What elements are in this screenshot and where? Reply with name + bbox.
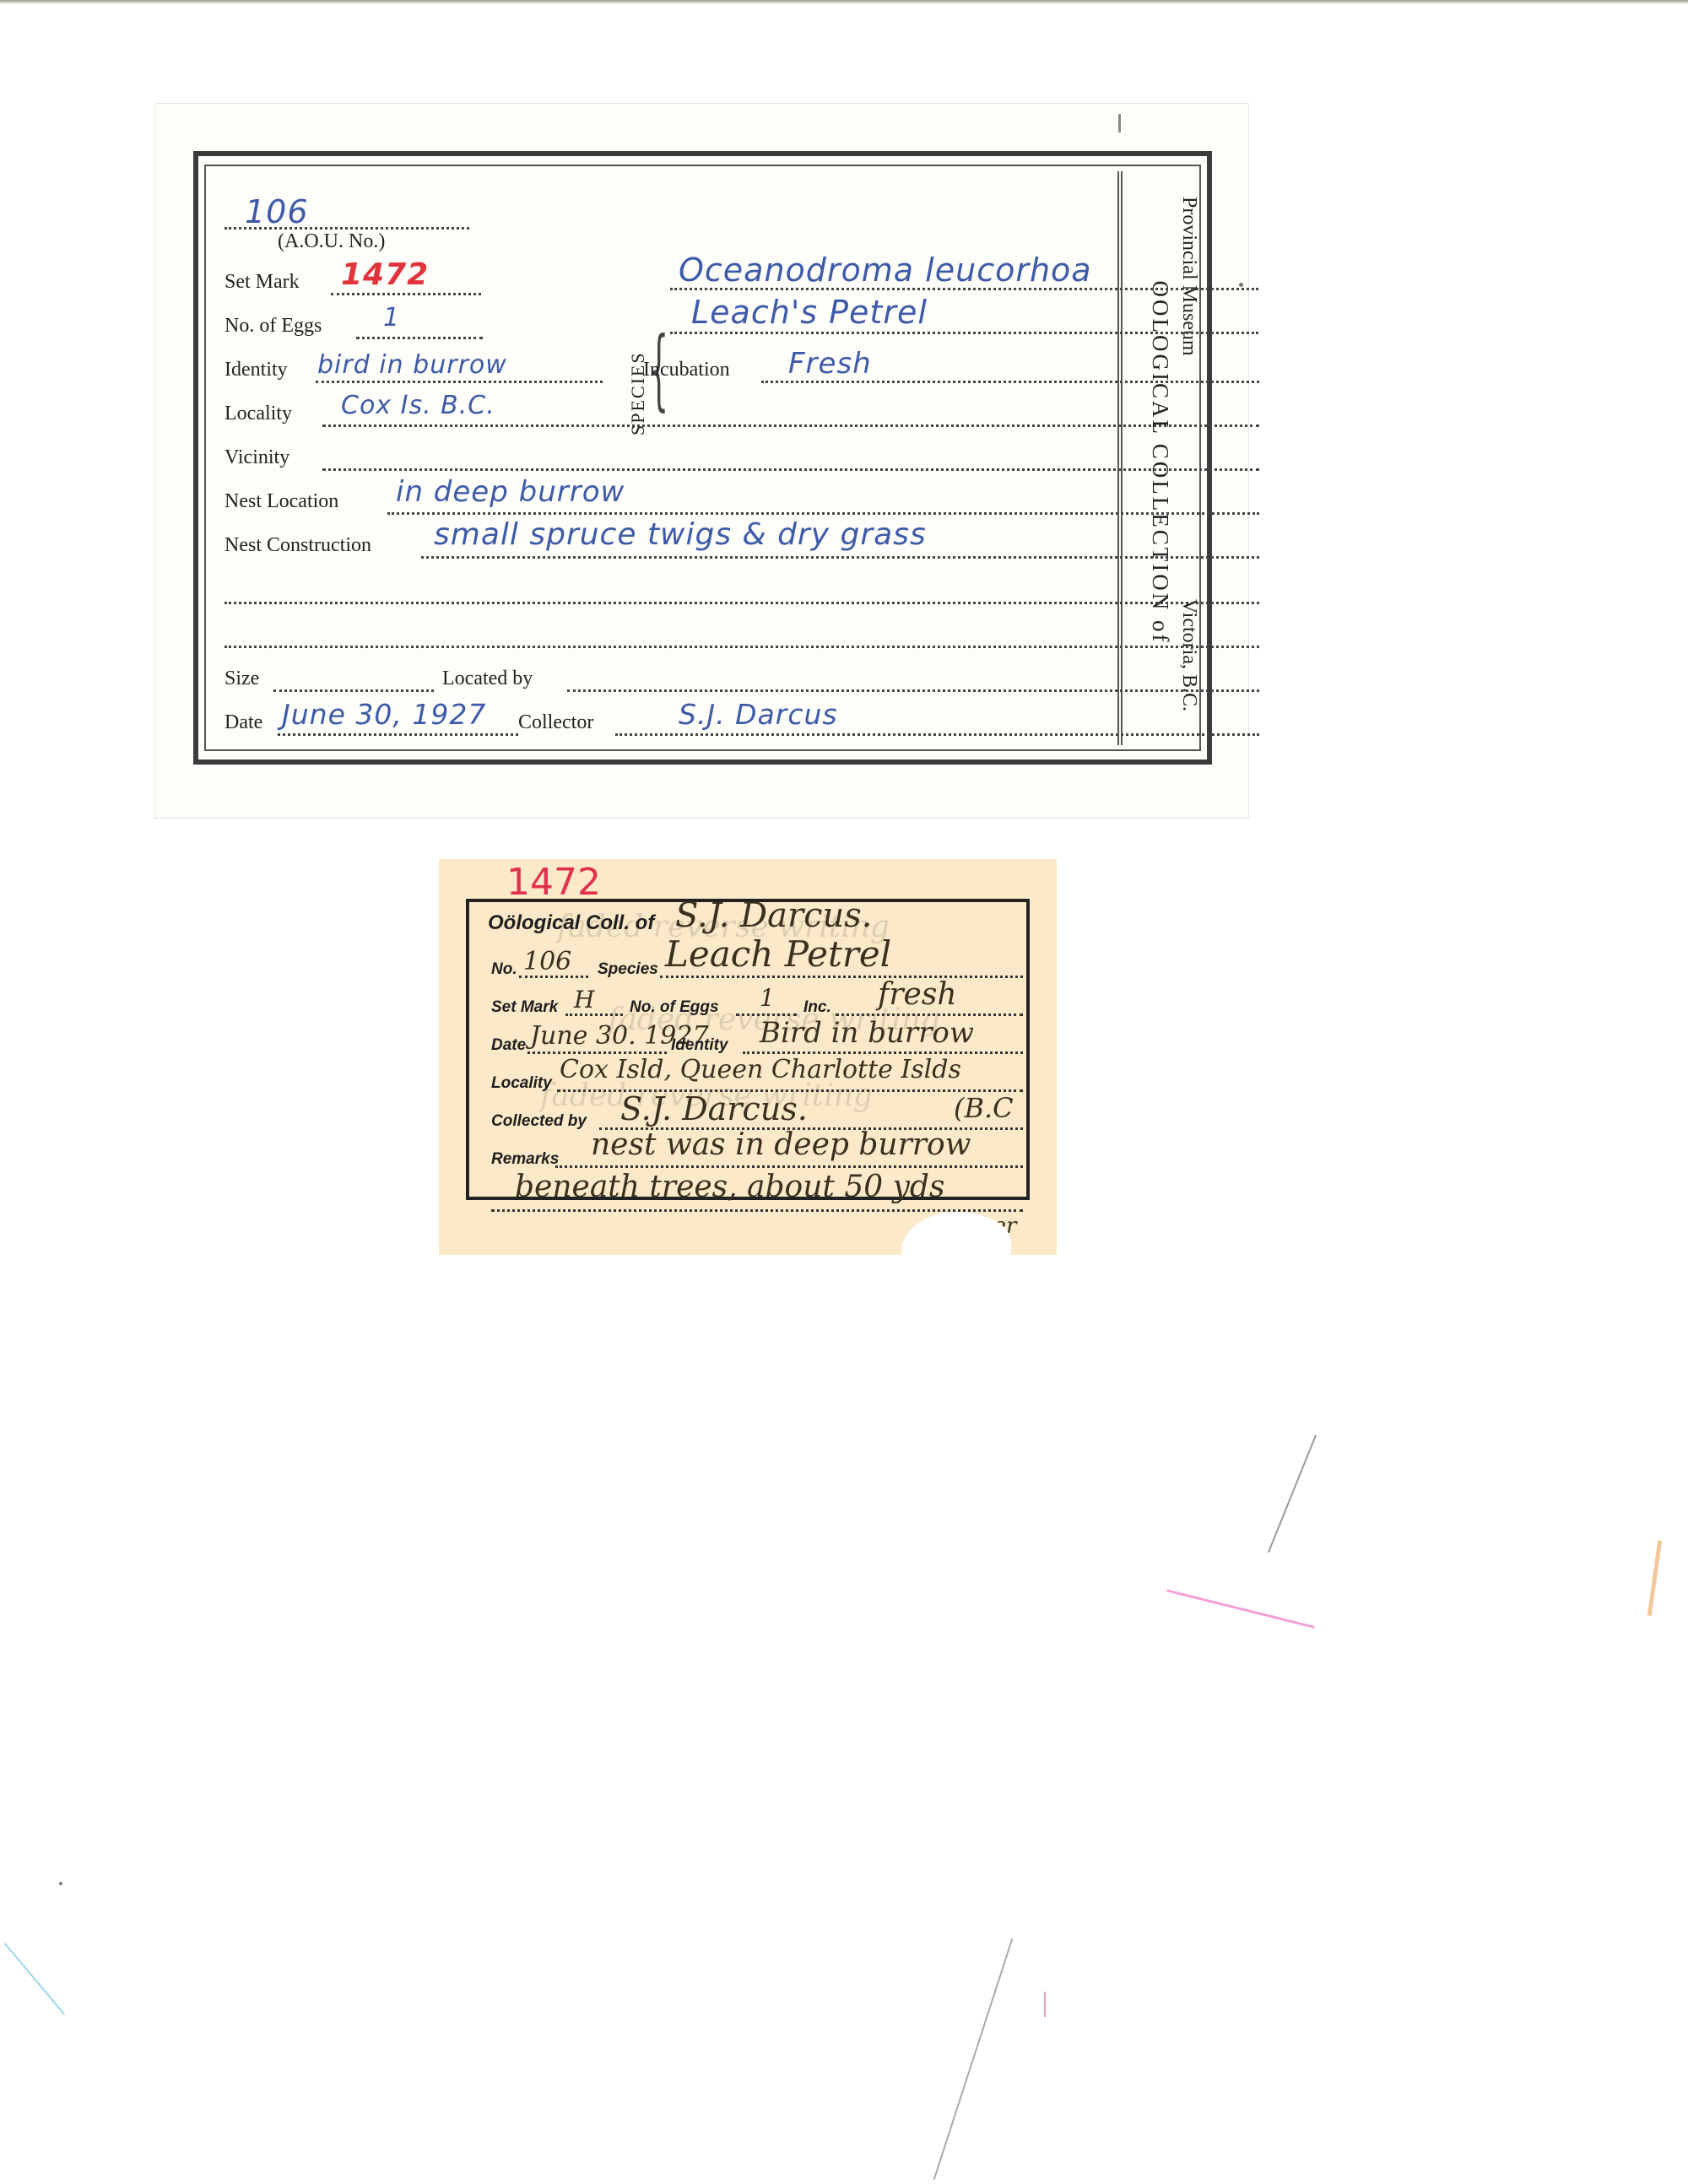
eggs-value: 1	[383, 303, 400, 332]
set-mark-label: Set Mark	[491, 998, 558, 1017]
museum-data-card: Provincial Museum Victoria, B.C. OOLOGIC…	[154, 103, 1249, 819]
inc-label: Inc.	[803, 998, 831, 1017]
locality-label: Locality	[491, 1074, 552, 1093]
nest-construction-value: small spruce twigs & dry grass	[434, 517, 927, 552]
remarks-dotline-2	[491, 1209, 1023, 1212]
collected-by-label: Collected by	[491, 1112, 587, 1131]
collector-data-card: faded reverse writing faded reverse writ…	[439, 859, 1057, 1255]
no-value: 106	[523, 947, 571, 976]
locality-value: Cox Isld, Queen Charlotte Islds	[560, 1055, 961, 1084]
collector-value: S.J. Darcus	[679, 698, 838, 731]
inc-value: fresh	[878, 977, 957, 1012]
scan-speck	[1239, 283, 1243, 287]
scan-speck	[59, 1882, 62, 1885]
collection-owner-label: Oölogical Coll. of	[488, 911, 654, 935]
scan-hairline	[4, 1943, 65, 2015]
date-label: Date	[491, 1036, 526, 1055]
red-set-number: 1472	[506, 861, 601, 904]
remarks-label: Remarks	[491, 1150, 559, 1169]
identity-value: bird in burrow	[317, 350, 507, 380]
locality-value: Cox Is. B.C.	[341, 391, 495, 420]
scan-hairline	[1166, 1589, 1314, 1628]
identity-value: Bird in burrow	[760, 1016, 974, 1050]
date-dotline	[527, 1051, 667, 1054]
size-dotline	[273, 689, 434, 692]
museum-location: Victoria, B.C.	[1177, 599, 1200, 711]
locality-dotline	[322, 424, 1259, 427]
incubation-value: Fresh	[788, 347, 872, 381]
incubation-dotline	[761, 381, 1259, 383]
located-by-label: Located by	[442, 668, 533, 690]
nest-construction-label: Nest Construction	[225, 534, 371, 557]
species-label: Species	[598, 960, 658, 979]
incubation-label: Incubation	[643, 359, 730, 381]
remarks-line2: beneath trees, about 50 yds	[515, 1170, 944, 1204]
collection-owner-value: S.J. Darcus.	[675, 896, 873, 935]
scan-hairline	[1647, 1540, 1662, 1616]
scan-edge	[0, 0, 1688, 4]
eggs-value: 1	[760, 984, 775, 1012]
set-mark-dotline	[565, 1014, 623, 1016]
collection-title: OOLOGICAL COLLECTION of	[1147, 188, 1173, 737]
eggs-label: No. of Eggs	[225, 315, 322, 338]
vicinity-label: Vicinity	[225, 446, 289, 469]
eggs-dotline	[356, 337, 483, 339]
nest-construction-dotline	[421, 556, 1259, 559]
collector-dotline	[615, 733, 1259, 736]
scan-speck	[1118, 114, 1121, 132]
date-dotline	[278, 733, 518, 736]
identity-dotline	[743, 1051, 1023, 1054]
nest-location-dotline	[387, 512, 1259, 515]
side-title-block: Provincial Museum Victoria, B.C. OOLOGIC…	[1134, 188, 1202, 737]
collected-by-extra: (B.C	[954, 1092, 1014, 1124]
remarks-line1: nest was in deep burrow	[591, 1127, 971, 1162]
blank-dotline-1	[225, 602, 1259, 604]
blank-dotline-2	[225, 646, 1259, 648]
date-label: Date	[225, 711, 262, 734]
species-dotline	[660, 976, 1023, 978]
aou-value: 106	[245, 193, 309, 230]
set-mark-value: H	[574, 986, 594, 1014]
species-scientific-name: Oceanodroma leucorhoa	[679, 251, 1092, 289]
eggs-label: No. of Eggs	[630, 998, 719, 1017]
species-common-name: Leach's Petrel	[691, 294, 928, 331]
remarks-dotline	[555, 1165, 1023, 1168]
size-label: Size	[225, 668, 259, 690]
side-divider	[1117, 171, 1123, 745]
species-line2-dotline	[670, 332, 1258, 334]
set-mark-value: 1472	[341, 257, 429, 292]
aou-label: (A.O.U. No.)	[278, 230, 385, 253]
collected-by-value: S.J. Darcus.	[620, 1090, 808, 1127]
collector-label: Collector	[518, 711, 593, 734]
located-by-dotline	[567, 689, 1259, 692]
identity-label: Identity	[671, 1036, 728, 1055]
scan-hairline	[933, 1938, 1014, 2180]
set-mark-dotline	[331, 293, 481, 295]
scan-speck	[1044, 1992, 1046, 2017]
no-label: No.	[491, 960, 517, 979]
species-value: Leach Petrel	[665, 933, 891, 975]
nest-location-value: in deep burrow	[396, 475, 625, 509]
locality-label: Locality	[225, 403, 292, 425]
set-mark-label: Set Mark	[225, 271, 300, 294]
identity-dotline	[316, 381, 603, 383]
date-value: June 30, 1927	[282, 698, 486, 731]
nest-location-label: Nest Location	[225, 490, 338, 513]
vicinity-dotline	[322, 468, 1259, 471]
identity-label: Identity	[225, 359, 288, 381]
scan-hairline	[1268, 1435, 1317, 1553]
